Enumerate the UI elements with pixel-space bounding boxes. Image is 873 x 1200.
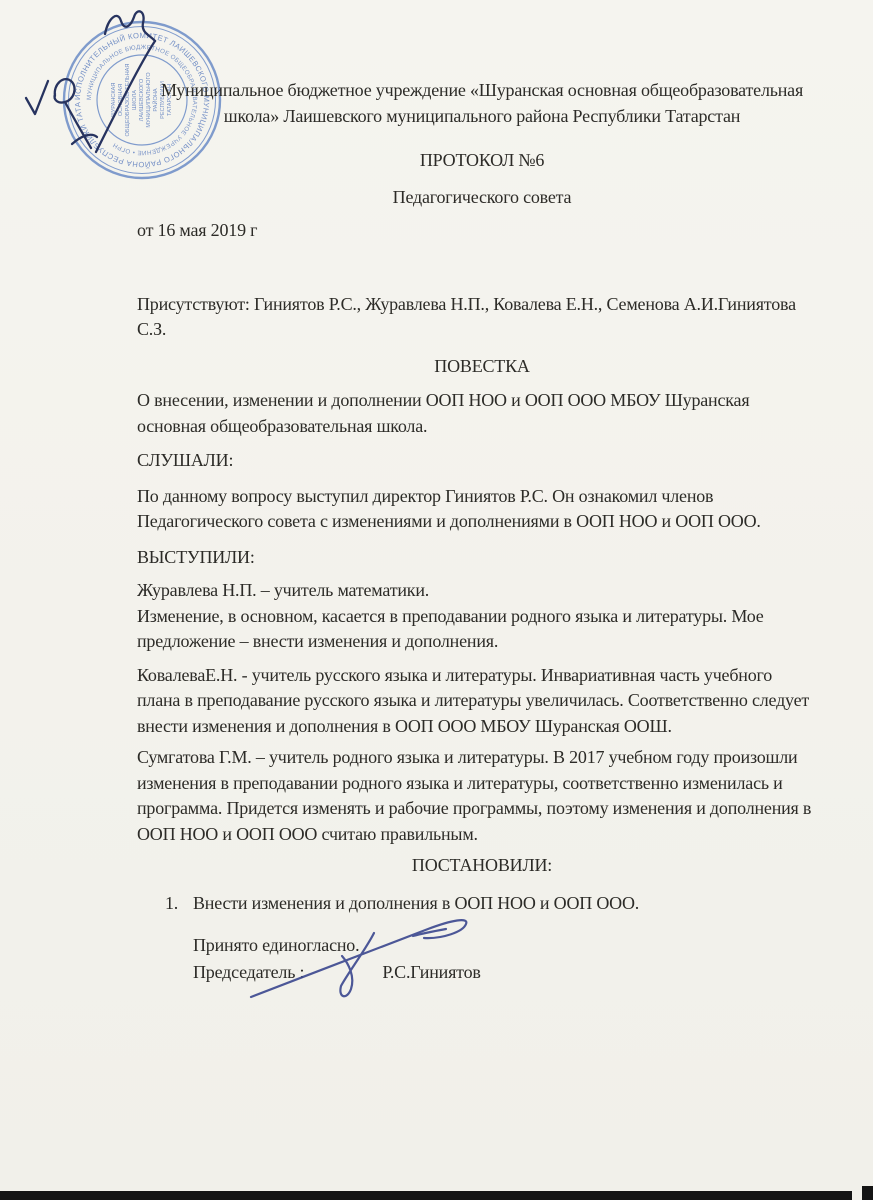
protocol-date: от 16 мая 2019 г bbox=[137, 218, 827, 244]
resolution-item-number: 1. bbox=[137, 891, 193, 917]
speech-sumgatova: Сумгатова Г.М. – учитель родного языка и… bbox=[137, 745, 827, 847]
speech-line: Сумгатова Г.М. – учитель родного языка и… bbox=[137, 745, 827, 771]
org-line: школа» Лаишевского муниципального района… bbox=[137, 104, 827, 130]
agenda-heading: ПОВЕСТКА bbox=[137, 354, 827, 380]
speech-line: Изменение, в основном, касается в препод… bbox=[137, 604, 827, 630]
agenda-line: О внесении, изменении и дополнении ООП Н… bbox=[137, 388, 827, 414]
heard-line: По данному вопросу выступил директор Гин… bbox=[137, 484, 827, 510]
resolution-heading: ПОСТАНОВИЛИ: bbox=[137, 853, 827, 879]
stamp-center-line: ОБЩЕОБРАЗОВАТЕЛЬНАЯ bbox=[125, 64, 131, 137]
speech-line: ООП НОО и ООП ООО считаю правильным. bbox=[137, 822, 827, 848]
speech-line: Журавлева Н.П. – учитель математики. bbox=[137, 578, 827, 604]
scan-edge-bottom bbox=[0, 1191, 852, 1200]
attendees-line: С.З. bbox=[137, 317, 827, 343]
speech-zhuravleva: Журавлева Н.П. – учитель математики. Изм… bbox=[137, 578, 827, 655]
signature-graphic bbox=[228, 903, 493, 1021]
speech-kovaleva: КовалеваЕ.Н. - учитель русского языка и … bbox=[137, 663, 827, 740]
spoke-heading: ВЫСТУПИЛИ: bbox=[137, 545, 827, 571]
chairman-signature bbox=[228, 903, 493, 1021]
protocol-subtitle: Педагогического совета bbox=[137, 185, 827, 211]
heard-line: Педагогического совета с изменениями и д… bbox=[137, 509, 827, 535]
scan-edge-corner bbox=[862, 1186, 873, 1200]
protocol-title: ПРОТОКОЛ №6 bbox=[137, 148, 827, 174]
organization-name: Муниципальное бюджетное учреждение «Шура… bbox=[137, 78, 827, 129]
speech-line: внести изменения и дополнения в ООП ООО … bbox=[137, 714, 827, 740]
heard-paragraph: По данному вопросу выступил директор Гин… bbox=[137, 484, 827, 535]
document-body: Муниципальное бюджетное учреждение «Шура… bbox=[137, 78, 827, 986]
org-line: Муниципальное бюджетное учреждение «Шура… bbox=[137, 78, 827, 104]
attendees-paragraph: Присутствуют: Гиниятов Р.С., Журавлева Н… bbox=[137, 292, 827, 343]
scanned-protocol-page: ИСПОЛНИТЕЛЬНЫЙ КОМИТЕТ ЛАИШЕВСКОГО МУНИЦ… bbox=[0, 0, 873, 1200]
agenda-paragraph: О внесении, изменении и дополнении ООП Н… bbox=[137, 388, 827, 439]
speech-line: предложение – внести изменения и дополне… bbox=[137, 629, 827, 655]
speech-line: программа. Придется изменять и рабочие п… bbox=[137, 796, 827, 822]
heard-heading: СЛУШАЛИ: bbox=[137, 448, 827, 474]
speech-line: изменения в преподавании родного языка и… bbox=[137, 771, 827, 797]
speech-line: КовалеваЕ.Н. - учитель русского языка и … bbox=[137, 663, 827, 689]
attendees-line: Присутствуют: Гиниятов Р.С., Журавлева Н… bbox=[137, 292, 827, 318]
speech-line: плана в преподавание русского языка и ли… bbox=[137, 688, 827, 714]
agenda-line: основная общеобразовательная школа. bbox=[137, 414, 827, 440]
